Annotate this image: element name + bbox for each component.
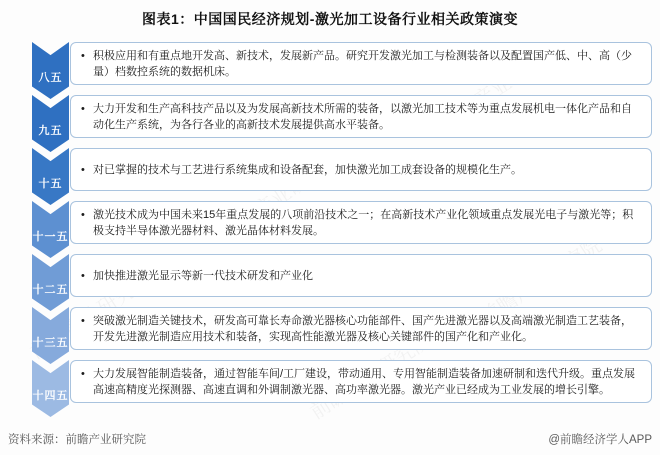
policy-text: 积极应用和有重点地开发高、新技术，发展新产品。研究开发激光加工与检测装备以及配置… [93, 50, 632, 78]
timeline-row: 十三五 • 突破激光制造关键技术，研发高可靠长寿命激光器核心功能部件、国产先进激… [0, 307, 652, 350]
policy-text-wrap: • 大力发展智能制造装备，通过智能车间/工厂建设，带动通用、专用智能制造装备加速… [81, 366, 641, 398]
policy-text: 大力发展智能制造装备，通过智能车间/工厂建设，带动通用、专用智能制造装备加速研制… [93, 368, 635, 396]
plan-chevron-icon: 八五 [32, 42, 69, 99]
policy-text-wrap: • 大力开发和生产高科技产品以及为发展高新技术所需的装备，以激光加工技术等为重点… [81, 101, 641, 133]
plan-label: 九五 [39, 109, 63, 138]
policy-box: • 激光技术成为中国未来15年重点发展的八项前沿技术之一；在高新技术产业化领域重… [70, 201, 652, 244]
policy-text-wrap: • 对已掌握的技术与工艺进行系统集成和设备配套，加快激光加工成套设备的规模化生产… [81, 162, 522, 178]
credit-label: @前瞻经济学人APP [548, 431, 652, 447]
infographic-page: 前瞻产业研究院 前瞻产业研究院 前瞻产业研究院 前瞻产业研究院 前瞻产业研究院 … [0, 0, 660, 455]
plan-label: 十二五 [33, 268, 69, 297]
timeline-row: 八五 • 积极应用和有重点地开发高、新技术，发展新产品。研究开发激光加工与检测装… [0, 42, 652, 85]
plan-label: 十三五 [33, 321, 69, 350]
policy-text: 加快推进激光显示等新一代技术研发和产业化 [93, 270, 313, 282]
page-title: 图表1：中国国民经济规划-激光加工设备行业相关政策演变 [0, 0, 660, 29]
arrow-column: 十四五 [0, 360, 70, 403]
timeline-row: 十四五 • 大力发展智能制造装备，通过智能车间/工厂建设，带动通用、专用智能制造… [0, 360, 652, 403]
policy-box: • 大力发展智能制造装备，通过智能车间/工厂建设，带动通用、专用智能制造装备加速… [70, 360, 652, 403]
arrow-column: 十三五 [0, 307, 70, 350]
source-label: 资料来源：前瞻产业研究院 [8, 431, 146, 447]
policy-text: 大力开发和生产高科技产品以及为发展高新技术所需的装备，以激光加工技术等为重点发展… [93, 103, 632, 131]
policy-text: 对已掌握的技术与工艺进行系统集成和设备配套，加快激光加工成套设备的规模化生产。 [93, 164, 522, 176]
policy-text-wrap: • 加快推进激光显示等新一代技术研发和产业化 [81, 268, 313, 284]
bullet-icon: • [81, 268, 85, 284]
plan-label: 八五 [39, 56, 63, 85]
policy-box: • 突破激光制造关键技术，研发高可靠长寿命激光器核心功能部件、国产先进激光器以及… [70, 307, 652, 350]
plan-chevron-icon: 十二五 [32, 254, 69, 311]
policy-text: 激光技术成为中国未来15年重点发展的八项前沿技术之一；在高新技术产业化领域重点发… [93, 209, 633, 237]
policy-text-wrap: • 积极应用和有重点地开发高、新技术，发展新产品。研究开发激光加工与检测装备以及… [81, 48, 641, 80]
policy-text-wrap: • 突破激光制造关键技术，研发高可靠长寿命激光器核心功能部件、国产先进激光器以及… [81, 313, 641, 345]
policy-box: • 加快推进激光显示等新一代技术研发和产业化 [70, 254, 652, 297]
arrow-column: 十五 [0, 148, 70, 191]
bullet-icon: • [81, 207, 85, 223]
bullet-icon: • [81, 162, 85, 178]
policy-box: • 积极应用和有重点地开发高、新技术，发展新产品。研究开发激光加工与检测装备以及… [70, 42, 652, 85]
bullet-icon: • [81, 48, 85, 64]
policy-text: 突破激光制造关键技术，研发高可靠长寿命激光器核心功能部件、国产先进激光器以及高端… [93, 315, 632, 343]
timeline: 八五 • 积极应用和有重点地开发高、新技术，发展新产品。研究开发激光加工与检测装… [0, 42, 660, 403]
bullet-icon: • [81, 313, 85, 329]
arrow-column: 八五 [0, 42, 70, 85]
plan-label: 十四五 [33, 374, 69, 403]
policy-box: • 对已掌握的技术与工艺进行系统集成和设备配套，加快激光加工成套设备的规模化生产… [70, 148, 652, 191]
timeline-row: 九五 • 大力开发和生产高科技产品以及为发展高新技术所需的装备，以激光加工技术等… [0, 95, 652, 138]
policy-box: • 大力开发和生产高科技产品以及为发展高新技术所需的装备，以激光加工技术等为重点… [70, 95, 652, 138]
timeline-row: 十二五 • 加快推进激光显示等新一代技术研发和产业化 [0, 254, 652, 297]
policy-text-wrap: • 激光技术成为中国未来15年重点发展的八项前沿技术之一；在高新技术产业化领域重… [81, 207, 641, 239]
plan-chevron-icon: 十一五 [32, 201, 69, 258]
plan-chevron-icon: 十四五 [32, 360, 69, 417]
plan-chevron-icon: 十五 [32, 148, 69, 205]
arrow-column: 九五 [0, 95, 70, 138]
plan-label: 十五 [39, 162, 63, 191]
arrow-column: 十二五 [0, 254, 70, 297]
timeline-row: 十一五 • 激光技术成为中国未来15年重点发展的八项前沿技术之一；在高新技术产业… [0, 201, 652, 244]
bullet-icon: • [81, 101, 85, 117]
bullet-icon: • [81, 366, 85, 382]
plan-chevron-icon: 十三五 [32, 307, 69, 364]
arrow-column: 十一五 [0, 201, 70, 244]
footer: 资料来源：前瞻产业研究院 @前瞻经济学人APP [0, 431, 660, 447]
timeline-row: 十五 • 对已掌握的技术与工艺进行系统集成和设备配套，加快激光加工成套设备的规模… [0, 148, 652, 191]
plan-label: 十一五 [33, 215, 69, 244]
plan-chevron-icon: 九五 [32, 95, 69, 152]
